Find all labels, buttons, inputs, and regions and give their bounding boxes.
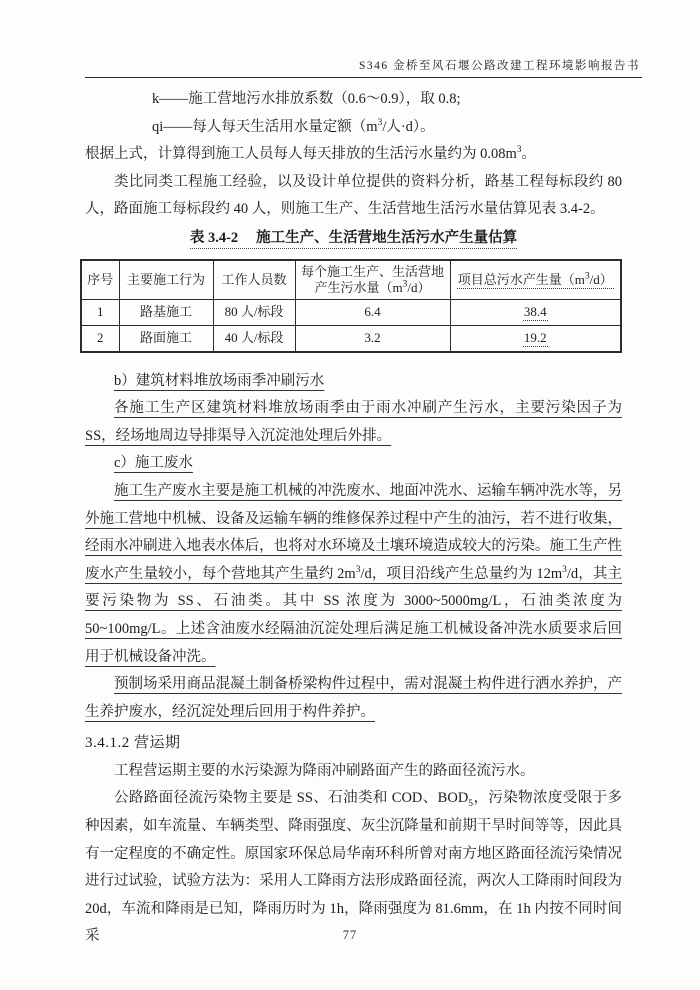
cell-row1-no: 1 (81, 299, 119, 325)
section-3412-heading: 3.4.1.2 营运期 (85, 730, 622, 758)
qi-text-pre: qi——每人每天生活用水量定额（m (152, 119, 378, 135)
wastewater-estimate-table: 序号 主要施工行为 工作人员数 每个施工生产、生活营地 产生污水量（m3/d） … (80, 259, 622, 353)
per-camp-line2-pre: 产生污水量（m (315, 280, 403, 295)
document-body: k——施工营地污水排放系数（0.6～0.9），取 0.8; qi——每人每天生活… (85, 86, 622, 951)
cell-row1-activity: 路基施工 (119, 299, 213, 325)
page-number: 77 (0, 928, 700, 943)
formula-def-k: k——施工营地污水排放系数（0.6～0.9），取 0.8; (85, 86, 622, 114)
section-b-heading: b）建筑材料堆放场雨季冲刷污水 (85, 368, 622, 396)
section-c-para1: 施工生产废水主要是施工机械的冲洗废水、地面冲洗水、运输车辆冲洗水等，另外施工营地… (85, 478, 622, 671)
table-row: 1 路基施工 80 人/标段 6.4 38.4 (81, 299, 621, 325)
qi-text-post: /人·d）。 (382, 119, 434, 135)
table-header-row: 序号 主要施工行为 工作人员数 每个施工生产、生活营地 产生污水量（m3/d） … (81, 260, 621, 300)
header-cell-per-camp: 每个施工生产、生活营地 产生污水量（m3/d） (295, 260, 450, 300)
header-cell-activity: 主要施工行为 (119, 260, 213, 300)
calc-text-pre: 根据上式，计算得到施工人员每人每天排放的生活污水量约为 0.08m (85, 146, 517, 162)
total-header-pre: 项目总污水产生量（m (458, 272, 585, 287)
cell-row2-total: 19.2 (450, 325, 621, 352)
header-divider (85, 77, 642, 78)
table-caption-label: 表 3.4-2 (190, 230, 238, 246)
table-row: 2 路面施工 40 人/标段 3.2 19.2 (81, 325, 621, 352)
section-b-para: 各施工生产区建筑材料堆放场雨季由于雨水冲刷产生污水，主要污染因子为SS，经场地周… (85, 395, 622, 450)
table-caption-title: 施工生产、生活营地生活污水产生量估算 (256, 230, 517, 246)
formula-def-qi: qi——每人每天生活用水量定额（m3/人·d）。 (85, 114, 622, 142)
row2-total-value: 19.2 (523, 330, 548, 347)
op-para2-seg2: ，污染物浓度受限于多种因素，如车流量、车辆类型、降雨强度、灰尘沉降量和前期干旱时… (85, 790, 622, 944)
per-camp-line2-post: /d） (407, 280, 430, 295)
header-cell-no: 序号 (81, 260, 119, 300)
cell-row1-per-camp: 6.4 (295, 299, 450, 325)
c-para1-seg2: /d，项目沿线产生总量约为 12m (360, 566, 562, 582)
cell-row1-total: 38.4 (450, 299, 621, 325)
header-cell-staff: 工作人员数 (213, 260, 295, 300)
cell-row2-per-camp: 3.2 (295, 325, 450, 352)
row1-total-value: 38.4 (523, 304, 548, 321)
cell-row2-activity: 路面施工 (119, 325, 213, 352)
document-page: S346 金桥至风石堰公路改建工程环境影响报告书 k——施工营地污水排放系数（0… (0, 0, 700, 990)
cell-row1-staff: 80 人/标段 (213, 299, 295, 325)
page-header-title: S346 金桥至风石堰公路改建工程环境影响报告书 (85, 57, 640, 73)
per-camp-line1: 每个施工生产、生活营地 (298, 264, 448, 280)
cell-row2-staff: 40 人/标段 (213, 325, 295, 352)
section-c-para2: 预制场采用商品混凝土制备桥梁构件过程中，需对混凝土构件进行洒水养护，产生养护废水… (85, 671, 622, 726)
header-cell-total: 项目总污水产生量（m3/d） (450, 260, 621, 300)
total-header-post: /d） (590, 272, 613, 287)
calc-text-post: 。 (522, 146, 537, 162)
cell-row2-no: 2 (81, 325, 119, 352)
section-c-heading: c）施工废水 (85, 450, 622, 478)
operation-para2: 公路路面径流污染物主要是 SS、石油类和 COD、BOD5，污染物浓度受限于多种… (85, 785, 622, 951)
table-caption: 表 3.4-2施工生产、生活营地生活污水产生量估算 (85, 225, 622, 253)
calc-result-para: 根据上式，计算得到施工人员每人每天排放的生活污水量约为 0.08m3。 (85, 141, 622, 169)
analogy-para: 类比同类工程施工经验，以及设计单位提供的资料分析，路基工程每标段约 80 人，路… (85, 169, 622, 224)
op-para2-seg1: 公路路面径流污染物主要是 SS、石油类和 COD、BOD (114, 790, 468, 806)
per-camp-line2: 产生污水量（m3/d） (298, 280, 448, 296)
operation-para1: 工程营运期主要的水污染源为降雨冲刷路面产生的路面径流污水。 (85, 758, 622, 786)
